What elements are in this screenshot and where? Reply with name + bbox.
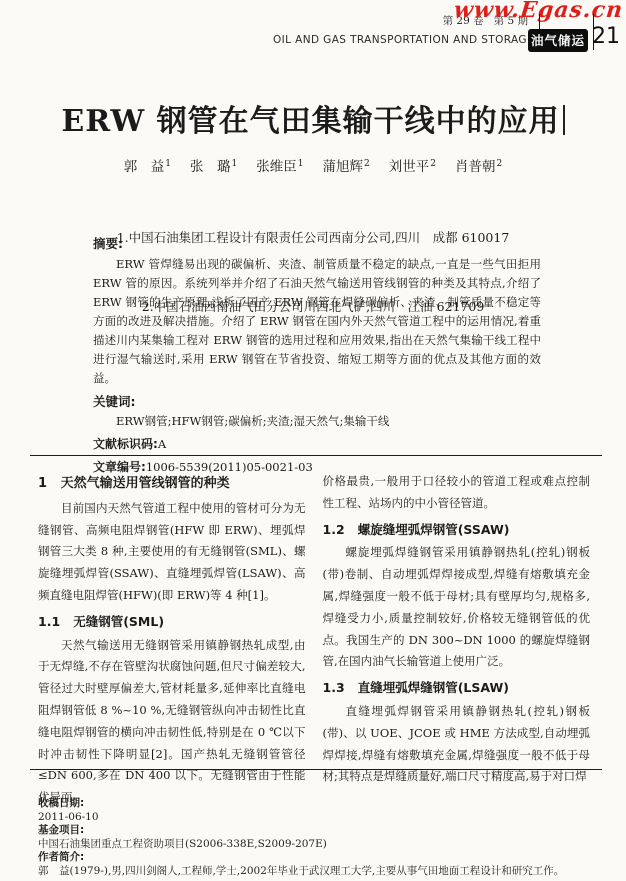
- journal-badge: 油气储运: [528, 29, 588, 52]
- received-date-label: 收稿日期:: [38, 797, 598, 811]
- scan-artifact-line: [563, 105, 565, 135]
- received-date-value: 2011-06-10: [38, 811, 598, 825]
- author: 张维臣1: [256, 155, 303, 175]
- journal-title-en: OIL AND GAS TRANSPORTATION AND STORAGE: [273, 34, 534, 46]
- author: 张 璐1: [190, 155, 237, 175]
- author-superscript: 2: [496, 159, 502, 169]
- author-list: 郭 益1 张 璐1 张维臣1 蒲旭辉2 刘世平2 肖普朝2: [0, 155, 626, 175]
- doc-code-line: 文献标识码:A: [93, 435, 541, 454]
- author-superscript: 1: [232, 159, 238, 169]
- abstract-text: ERW 管焊缝易出现的碳偏析、夹渣、制管质量不稳定的缺点,一直是一些气田拒用 E…: [93, 255, 541, 388]
- paragraph-continuation: 价格最贵,一般用于口径较小的管道工程或难点控制性工程、站场内的中小管径管道。: [323, 471, 591, 515]
- keywords-text: ERW钢管;HFW钢管;碳偏析;夹渣;湿天然气;集输干线: [93, 412, 541, 431]
- author-bio-label: 作者简介:: [38, 851, 598, 865]
- page-number: 21: [592, 24, 620, 49]
- article-title: ERW 钢管在气田集输干线中的应用: [61, 104, 559, 139]
- fund-label: 基金项目:: [38, 824, 598, 838]
- footnotes: 收稿日期: 2011-06-10 基金项目: 中国石油集团重点工程资助项目(S2…: [38, 797, 598, 879]
- paragraph: 螺旋埋弧焊缝钢管采用镇静钢热轧(控轧)钢板(带)卷制、自动埋弧焊焊接成型,焊缝有…: [323, 542, 591, 673]
- body-columns: 1 天然气输送用管线钢管的种类 目前国内天然气管道工程中使用的管材可分为无缝钢管…: [38, 471, 590, 809]
- column-right: 价格最贵,一般用于口径较小的管道工程或难点控制性工程、站场内的中小管径管道。 1…: [323, 471, 591, 809]
- section-heading-1: 1 天然气输送用管线钢管的种类: [38, 473, 306, 495]
- section-divider: [30, 455, 602, 456]
- section-heading-1-1: 1.1 无缝钢管(SML): [38, 611, 306, 633]
- author-superscript: 1: [298, 159, 304, 169]
- paragraph: 天然气输送用无缝钢管采用镇静钢热轧成型,由于无焊缝,不存在管壁沟状腐蚀问题,但尺…: [38, 635, 306, 809]
- author-superscript: 2: [430, 159, 436, 169]
- front-matter: 摘要: ERW 管焊缝易出现的碳偏析、夹渣、制管质量不稳定的缺点,一直是一些气田…: [93, 234, 541, 477]
- doc-code-value: A: [158, 437, 166, 451]
- author: 刘世平2: [389, 155, 436, 175]
- fund-value: 中国石油集团重点工程资助项目(S2006-338E,S2009-207E): [38, 838, 598, 852]
- title-row: ERW 钢管在气田集输干线中的应用: [0, 96, 626, 140]
- author-superscript: 1: [165, 159, 171, 169]
- author: 蒲旭辉2: [323, 155, 370, 175]
- author: 肖普朝2: [455, 155, 502, 175]
- keywords-label: 关键词:: [93, 392, 541, 411]
- abstract-label: 摘要:: [93, 234, 541, 253]
- column-left: 1 天然气输送用管线钢管的种类 目前国内天然气管道工程中使用的管材可分为无缝钢管…: [38, 471, 306, 809]
- author-superscript: 2: [364, 159, 370, 169]
- author: 郭 益1: [124, 155, 171, 175]
- doc-code-label: 文献标识码:: [93, 437, 158, 451]
- author-bio-value: 郭 益(1979-),男,四川剑阁人,工程师,学士,2002年毕业于武汉理工大学…: [38, 865, 598, 879]
- paragraph: 目前国内天然气管道工程中使用的管材可分为无缝钢管、高频电阻焊钢管(HFW 即 E…: [38, 498, 306, 607]
- footer-divider: [30, 769, 602, 770]
- journal-page: 第 29 卷 第 5 期 www.Egas.cn OIL AND GAS TRA…: [0, 0, 626, 881]
- paragraph: 直缝埋弧焊钢管采用镇静钢热轧(控轧)钢板(带)、以 UOE、JCOE 或 HME…: [323, 701, 591, 788]
- section-heading-1-3: 1.3 直缝埋弧焊缝钢管(LSAW): [323, 677, 591, 699]
- section-heading-1-2: 1.2 螺旋缝埋弧焊钢管(SSAW): [323, 519, 591, 541]
